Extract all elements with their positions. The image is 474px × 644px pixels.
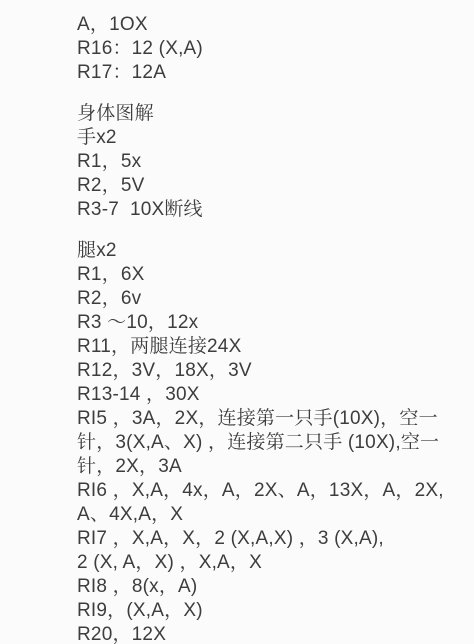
text-line: R16：12 (X,A) — [77, 37, 464, 61]
text-line: RI6 ，X,A，4x，A，2X、A，13X，A，2X, — [77, 479, 464, 503]
text-line: R17：12A — [77, 61, 464, 85]
text-line: R1，6X — [77, 263, 464, 287]
section-legs: 腿x2R1，6XR2，6vR3 ～10，12xR11，两腿连接24XR12，3V… — [77, 239, 464, 644]
section-body-diagram-hands: 身体图解手x2R1，5xR2，5VR3-7 10X断线 — [77, 102, 464, 222]
text-line: A，1OX — [77, 13, 464, 37]
text-line: RI5 ，3A，2X，连接第一只手(10X)，空一 — [77, 407, 464, 431]
section-previous-part-end: A，1OXR16：12 (X,A)R17：12A — [77, 13, 464, 85]
text-line: 2 (X, A，X) ，X,A，X — [77, 551, 464, 575]
text-line: R1，5x — [77, 150, 464, 174]
text-line: 手x2 — [77, 126, 464, 150]
text-line: 针，3(X,A、X) ，连接第二只手 (10X),空一 — [77, 431, 464, 455]
text-line: 针，2X，3A — [77, 455, 464, 479]
crochet-pattern-document: A，1OXR16：12 (X,A)R17：12A身体图解手x2R1，5xR2，5… — [0, 0, 474, 644]
text-line: 腿x2 — [77, 239, 464, 263]
text-line: R20，12X — [77, 623, 464, 644]
text-line: R3 ～10，12x — [77, 311, 464, 335]
text-line: R2，5V — [77, 174, 464, 198]
text-line: R13-14 ，30X — [77, 383, 464, 407]
text-line: RI8 ，8(x，A) — [77, 575, 464, 599]
text-line: R2，6v — [77, 287, 464, 311]
text-line: 身体图解 — [77, 102, 464, 126]
text-line: RI9，(X,A，X) — [77, 599, 464, 623]
text-line: A、4X,A，X — [77, 503, 464, 527]
text-line: R11，两腿连接24X — [77, 335, 464, 359]
text-line: RI7 ，X,A，X，2 (X,A,X) ，3 (X,A), — [77, 527, 464, 551]
text-line: R12，3V，18X，3V — [77, 359, 464, 383]
text-line: R3-7 10X断线 — [77, 198, 464, 222]
pattern-text: A，1OXR16：12 (X,A)R17：12A身体图解手x2R1，5xR2，5… — [77, 13, 464, 644]
